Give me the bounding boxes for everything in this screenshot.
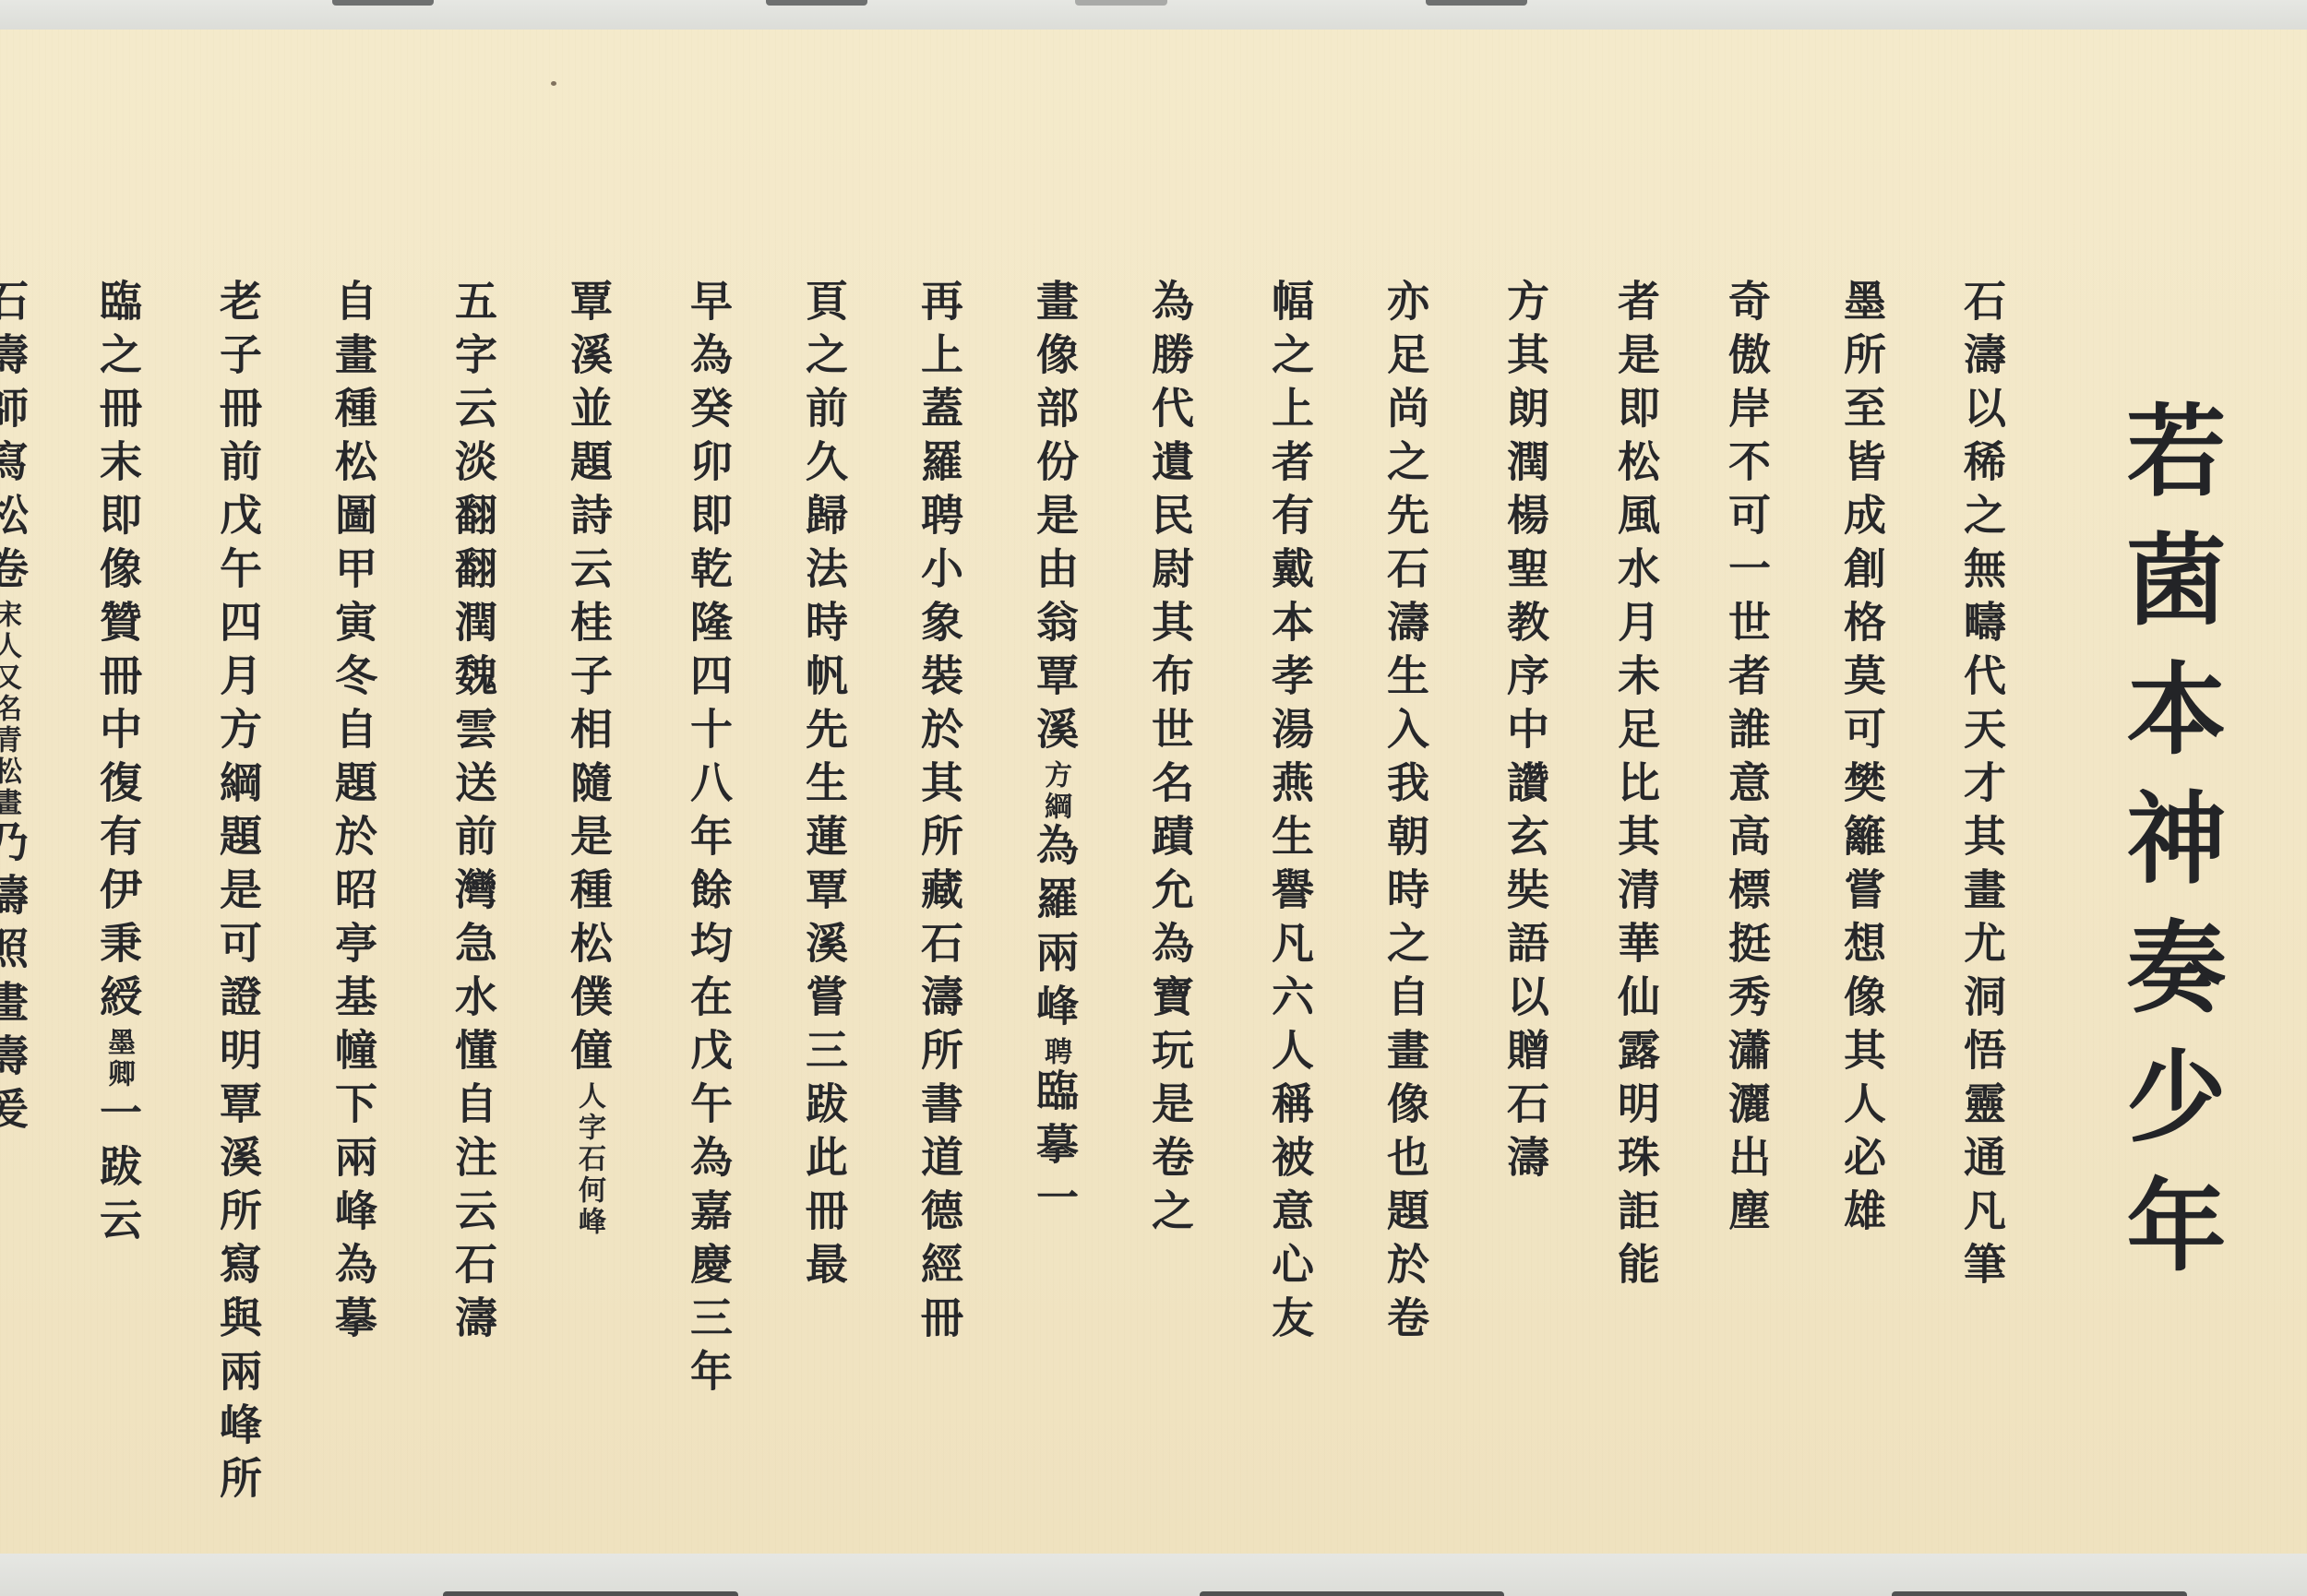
text-column-14: 五字云淡翻翻潤魏雲送前灣急水懂自注云石濤 bbox=[452, 279, 495, 1349]
text-column-15: 自畫種松圖甲寅冬自題於昭亭基幢下兩峰為摹 bbox=[332, 279, 375, 1349]
mount-tab bbox=[766, 0, 867, 6]
text-column-13: 覃溪並題詩云桂子相隨是種松僕僮人字石何峰 bbox=[568, 279, 610, 1238]
text-column-10: 再上蓋羅聘小象裝於其所藏石濤所書道德經冊 bbox=[918, 279, 961, 1349]
mount-tab bbox=[1426, 0, 1527, 6]
inline-note: 方綱 bbox=[1039, 760, 1071, 823]
column-text: 一跋云 bbox=[93, 1090, 143, 1251]
mount-tab bbox=[1892, 1591, 2187, 1596]
inline-note: 人字石何峰 bbox=[573, 1081, 605, 1238]
bottom-mount-border bbox=[0, 1554, 2307, 1596]
mount-tab bbox=[332, 0, 434, 6]
handscroll: 若菌本神奏少年 石濤以稀之無疇代天才其畫尤洞悟靈通凡筆 墨所至皆成創格莫可樊籬嘗… bbox=[0, 0, 2307, 1596]
column-text: 乃濤照畫壽爰 bbox=[0, 819, 30, 1140]
mount-tab bbox=[443, 1591, 738, 1596]
text-column-2: 墨所至皆成創格莫可樊籬嘗想像其人必雄 bbox=[1841, 279, 1883, 1242]
colophon-title: 若菌本神奏少年 bbox=[2118, 399, 2217, 1303]
text-column-11: 頁之前久歸法時帆先生蓮覃溪嘗三跋此冊最 bbox=[803, 279, 845, 1295]
column-text: 臨之冊末即像贊冊中復有伊秉綬 bbox=[93, 279, 143, 1028]
text-column-18: 石壽師寫松卷宋人又名青松畫乃濤照畫壽爰 bbox=[0, 279, 26, 1140]
text-column-16: 老子冊前戊午四月方綱題是可證明覃溪所寫與兩峰所 bbox=[217, 279, 259, 1509]
column-text: 石壽師寫松卷 bbox=[0, 279, 30, 600]
column-text: 畫像部份是由翁覃溪 bbox=[1030, 279, 1080, 760]
text-column-7: 幅之上者有戴本孝湯燕生譽凡六人稱被意心友 bbox=[1269, 279, 1311, 1349]
text-column-5: 方其朗潤楊聖教序中讚玄奘語以贈石濤 bbox=[1504, 279, 1547, 1188]
text-column-1: 石濤以稀之無疇代天才其畫尤洞悟靈通凡筆 bbox=[1961, 279, 2003, 1295]
mount-tab bbox=[1075, 0, 1167, 6]
text-column-9: 畫像部份是由翁覃溪方綱為羅兩峰聘臨摹一 bbox=[1034, 279, 1076, 1229]
column-text: 為羅兩峰 bbox=[1030, 823, 1080, 1037]
text-column-6: 亦足尚之先石濤生入我朝時之自畫像也題於卷 bbox=[1384, 279, 1427, 1349]
column-text: 臨摹一 bbox=[1030, 1068, 1080, 1229]
text-column-17: 臨之冊末即像贊冊中復有伊秉綬墨卿一跋云 bbox=[97, 279, 139, 1251]
paper-sheet: 若菌本神奏少年 石濤以稀之無疇代天才其畫尤洞悟靈通凡筆 墨所至皆成創格莫可樊籬嘗… bbox=[0, 30, 2307, 1554]
paper-speck bbox=[551, 81, 556, 86]
inline-note: 墨卿 bbox=[102, 1028, 135, 1090]
mount-tab bbox=[1200, 1591, 1504, 1596]
text-column-8: 為勝代遺民尉其布世名蹟允為寶玩是卷之 bbox=[1149, 279, 1191, 1242]
column-text: 覃溪並題詩云桂子相隨是種松僕僮 bbox=[564, 279, 614, 1081]
text-column-4: 者是即松風水月未足比其清華仙露明珠詎能 bbox=[1615, 279, 1657, 1295]
text-column-12: 早為癸卯即乾隆四十八年餘均在戊午為嘉慶三年 bbox=[687, 279, 730, 1402]
top-mount-border bbox=[0, 0, 2307, 30]
inline-note: 宋人又名青松畫 bbox=[0, 600, 21, 819]
inline-note: 聘 bbox=[1039, 1037, 1071, 1068]
text-column-3: 奇傲岸不可一世者誰意高標挺秀瀟灑出塵 bbox=[1726, 279, 1768, 1242]
